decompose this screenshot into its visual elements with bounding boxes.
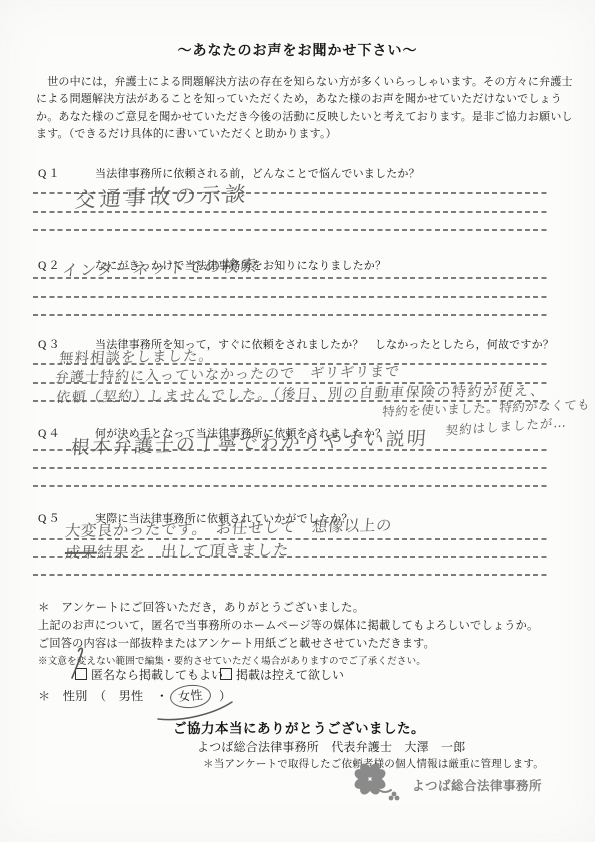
answer-line — [33, 467, 548, 469]
handwritten-crossed-out-word: 成果 — [64, 544, 98, 562]
consent-option-label: 匿名なら掲載してもよい — [91, 668, 223, 682]
answer-line — [33, 296, 548, 298]
survey-scan-page: ～あなたのお声をお聞かせ下さい～ 世の中には，弁護士による問題解決方法の存在を知… — [0, 0, 595, 842]
handwritten-answer: 成果結果を 出して頂きました — [64, 538, 290, 563]
consent-option-label: 掲載は控えて欲しい — [236, 668, 344, 682]
intro-line: か。あなた様のご意見を聞かせていただき今後の活動に反映したいと考えております。是… — [36, 109, 562, 126]
question-number: Q４ — [38, 425, 62, 441]
four-leaf-clover-icon — [350, 761, 404, 807]
survey-title: ～あなたのお声をお聞かせ下さい～ — [0, 40, 595, 60]
intro-line: による問題解決方法があることを知っていただくため，あなた様のお声を聞かせていただ… — [36, 91, 562, 108]
question-number: Q２ — [38, 257, 62, 273]
answer-line — [33, 485, 548, 487]
question-number: Q５ — [38, 510, 62, 526]
gender-prefix: ＊ 性別 （ 男性 ・ — [38, 689, 168, 703]
consent-question-line2: ご回答の内容は一部抜粋またはアンケート用紙ごと載せさせていただきます。 — [38, 635, 435, 651]
intro-line: ます。（できるだけ具体的に書いていただくと助かります。） — [36, 126, 562, 143]
consent-option-anonymous-ok: 匿名なら掲載してもよい — [75, 666, 223, 683]
handwritten-check-mark-icon — [66, 641, 94, 683]
consent-question-line1: 上記のお声について，匿名で当事務所のホームページ等の媒体に掲載してもよろしいでし… — [38, 617, 538, 633]
handwritten-answer: 交通事故の示談 — [74, 178, 251, 214]
answer-line — [33, 314, 548, 316]
intro-paragraph: 世の中には，弁護士による問題解決方法の存在を知らない方が多くいらっしゃいます。そ… — [36, 74, 562, 144]
firm-signature: よつば総合法律事務所 代表弁護士 大澤 一郎 — [197, 738, 465, 755]
handwritten-answer: 大変良かったです。 お任せして 想像以上の — [64, 513, 393, 541]
answer-line — [33, 574, 548, 576]
question-number: Q１ — [38, 165, 62, 181]
consent-option-no-publish: 掲載は控えて欲しい — [220, 666, 344, 683]
checkbox-no-publish — [220, 668, 232, 680]
firm-logo-text: よつば総合法律事務所 — [412, 776, 542, 794]
question-text: 当法律事務所に依頼される前，どんなことで悩んでいましたか？ — [95, 165, 420, 181]
survey-thanks-note: ＊ アンケートにご回答いただき，ありがとうございました。 — [38, 599, 364, 615]
answer-line — [33, 229, 548, 231]
question-number: Q３ — [38, 336, 62, 352]
handwritten-answer-rest: 結果を 出して頂きました — [96, 541, 290, 562]
consent-edit-note: ※文意を変えない範囲で編集・要約させていただく場合がありますのでご了承ください。 — [38, 653, 426, 667]
intro-line: 世の中には，弁護士による問題解決方法の存在を知らない方が多くいらっしゃいます。そ… — [36, 74, 562, 91]
closing-thanks: ご協力本当にありがとうございました。 — [173, 717, 425, 737]
